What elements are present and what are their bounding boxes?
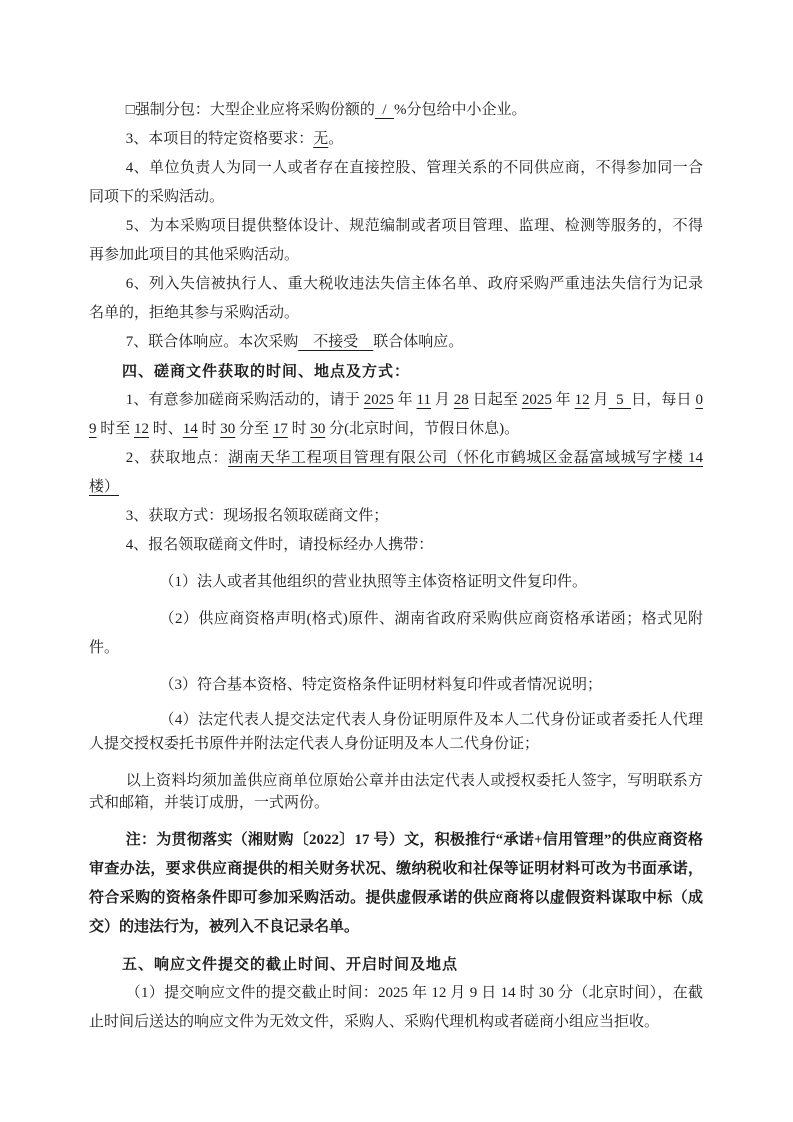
text-run: 月 — [431, 392, 454, 408]
clause-mandatory-subcontracting: □强制分包：大型企业应将采购份额的 / %分包给中小企业。 — [89, 96, 703, 125]
text-run: 4、报名领取磋商文件时，请投标经办人携带： — [126, 537, 434, 553]
obtain-time-item: 1、有意参加磋商采购活动的，请于 2025 年 11 月 28 日起至 2025… — [89, 386, 703, 444]
carry-item-4-identity-documents: （4）法定代表人提交法定代表人身份证明原件及本人二代身份证或者委托人代理人提交授… — [89, 708, 703, 756]
text-run: 五、响应文件提交的截止时间、开启时间及地点 — [122, 956, 458, 973]
text-run: 月 — [590, 392, 609, 408]
text-run: 11 — [417, 392, 431, 408]
text-run: 12 — [134, 421, 149, 437]
text-run: 分(北京时间，节假日休息)。 — [325, 421, 519, 437]
text-run: 3、本项目的特定资格要求： — [126, 131, 314, 147]
text-run: 四、磋商文件获取的时间、地点及方式： — [122, 363, 410, 380]
text-run: 2025 — [364, 392, 394, 408]
text-run: （1）提交响应文件的提交截止时间：2025 年 12 月 9 日 14 时 30… — [89, 985, 703, 1030]
text-run: 7、联合体响应。本次采购 — [126, 334, 299, 350]
text-run: 时 — [288, 421, 311, 437]
text-run: 2025 — [522, 392, 552, 408]
text-run: %分包给中小企业。 — [394, 102, 527, 118]
text-run: 年 — [394, 392, 417, 408]
text-run: 3、获取方式：现场报名领取磋商文件； — [126, 508, 389, 524]
submission-deadline-item: （1）提交响应文件的提交截止时间：2025 年 12 月 9 日 14 时 30… — [89, 979, 703, 1037]
text-run: 12 — [575, 392, 590, 408]
text-run: （2）供应商资格声明(格式)原件、湖南省政府采购供应商资格承诺函；格式见附件。 — [89, 611, 703, 656]
text-run: 2、获取地点： — [126, 450, 228, 466]
document-page: □强制分包：大型企业应将采购份额的 / %分包给中小企业。3、本项目的特定资格要… — [0, 0, 793, 1122]
clause-3-specific-qualification: 3、本项目的特定资格要求：无。 — [89, 125, 703, 154]
text-run: 注：为贯彻落实（湘财购〔2022〕17 号）文，积极推行“承诺+信用管理”的供应… — [89, 832, 703, 935]
text-run: 时 — [198, 421, 221, 437]
document-body: □强制分包：大型企业应将采购份额的 / %分包给中小企业。3、本项目的特定资格要… — [89, 96, 703, 1037]
text-run: / — [375, 102, 394, 118]
text-run: 5、为本采购项目提供整体设计、规范编制或者项目管理、监理、检测等服务的，不得再参… — [89, 218, 703, 263]
text-run: 5 — [609, 392, 632, 408]
section-5-heading: 五、响应文件提交的截止时间、开启时间及地点 — [89, 950, 703, 979]
checkbox-unchecked-icon: □ — [126, 102, 135, 118]
text-run: 以上资料均须加盖供应商单位原始公章并由法定代表人或授权委托人签字，写明联系方式和… — [89, 773, 703, 811]
text-run: 17 — [273, 421, 288, 437]
text-run: 30 — [220, 421, 235, 437]
text-run: 日，每日 — [631, 392, 695, 408]
text-run: 不接受 — [298, 334, 373, 350]
text-run: 14 — [183, 421, 198, 437]
text-run: 时、 — [149, 421, 183, 437]
note-credit-management: 注：为贯彻落实（湘财购〔2022〕17 号）文，积极推行“承诺+信用管理”的供应… — [89, 826, 703, 942]
text-run: 4、单位负责人为同一人或者存在直接控股、管理关系的不同供应商，不得参加同一合同项… — [89, 160, 703, 205]
text-run: 28 — [454, 392, 469, 408]
obtain-place-item: 2、获取地点：湖南天华工程项目管理有限公司（怀化市鹤城区金磊富域城写字楼 14 … — [89, 444, 703, 502]
text-run: 分至 — [235, 421, 273, 437]
text-run: （3）符合基本资格、特定资格条件证明材料复印件或者情况说明； — [160, 677, 603, 693]
clause-5-design-service-provider: 5、为本采购项目提供整体设计、规范编制或者项目管理、监理、检测等服务的，不得再参… — [89, 212, 703, 270]
text-run: 6、列入失信被执行人、重大税收违法失信主体名单、政府采购严重违法失信行为记录名单… — [89, 276, 703, 321]
text-run: （4）法定代表人提交法定代表人身份证明原件及本人二代身份证或者委托人代理人提交授… — [89, 712, 703, 752]
carry-item-3-certificate-copies: （3）符合基本资格、特定资格条件证明材料复印件或者情况说明； — [89, 671, 703, 700]
carry-item-2-qualification-declaration: （2）供应商资格声明(格式)原件、湖南省政府采购供应商资格承诺函；格式见附件。 — [89, 605, 703, 663]
text-run: 时至 — [97, 421, 135, 437]
text-run: 日起至 — [469, 392, 522, 408]
text-run: 30 — [310, 421, 325, 437]
text-run: （1）法人或者其他组织的营业执照等主体资格证明文件复印件。 — [160, 574, 588, 590]
clause-4-same-responsible-person: 4、单位负责人为同一人或者存在直接控股、管理关系的不同供应商，不得参加同一合同项… — [89, 154, 703, 212]
text-run: 。 — [328, 131, 343, 147]
obtain-method-item: 3、获取方式：现场报名领取磋商文件； — [89, 502, 703, 531]
clause-6-dishonest-list: 6、列入失信被执行人、重大税收违法失信主体名单、政府采购严重违法失信行为记录名单… — [89, 270, 703, 328]
section-4-heading: 四、磋商文件获取的时间、地点及方式： — [89, 357, 703, 386]
registration-requirement-item: 4、报名领取磋商文件时，请投标经办人携带： — [89, 531, 703, 560]
text-run: 强制分包：大型企业应将采购份额的 — [135, 102, 375, 118]
text-run: 1、有意参加磋商采购活动的，请于 — [126, 392, 364, 408]
clause-7-consortium-response: 7、联合体响应。本次采购 不接受 联合体响应。 — [89, 328, 703, 357]
text-run: 联合体响应。 — [373, 334, 463, 350]
carry-item-1-business-license: （1）法人或者其他组织的营业执照等主体资格证明文件复印件。 — [89, 568, 703, 597]
text-run: 无 — [313, 131, 328, 147]
materials-binding-requirement: 以上资料均须加盖供应商单位原始公章并由法定代表人或授权委托人签字，写明联系方式和… — [89, 770, 703, 814]
text-run: 年 — [552, 392, 575, 408]
